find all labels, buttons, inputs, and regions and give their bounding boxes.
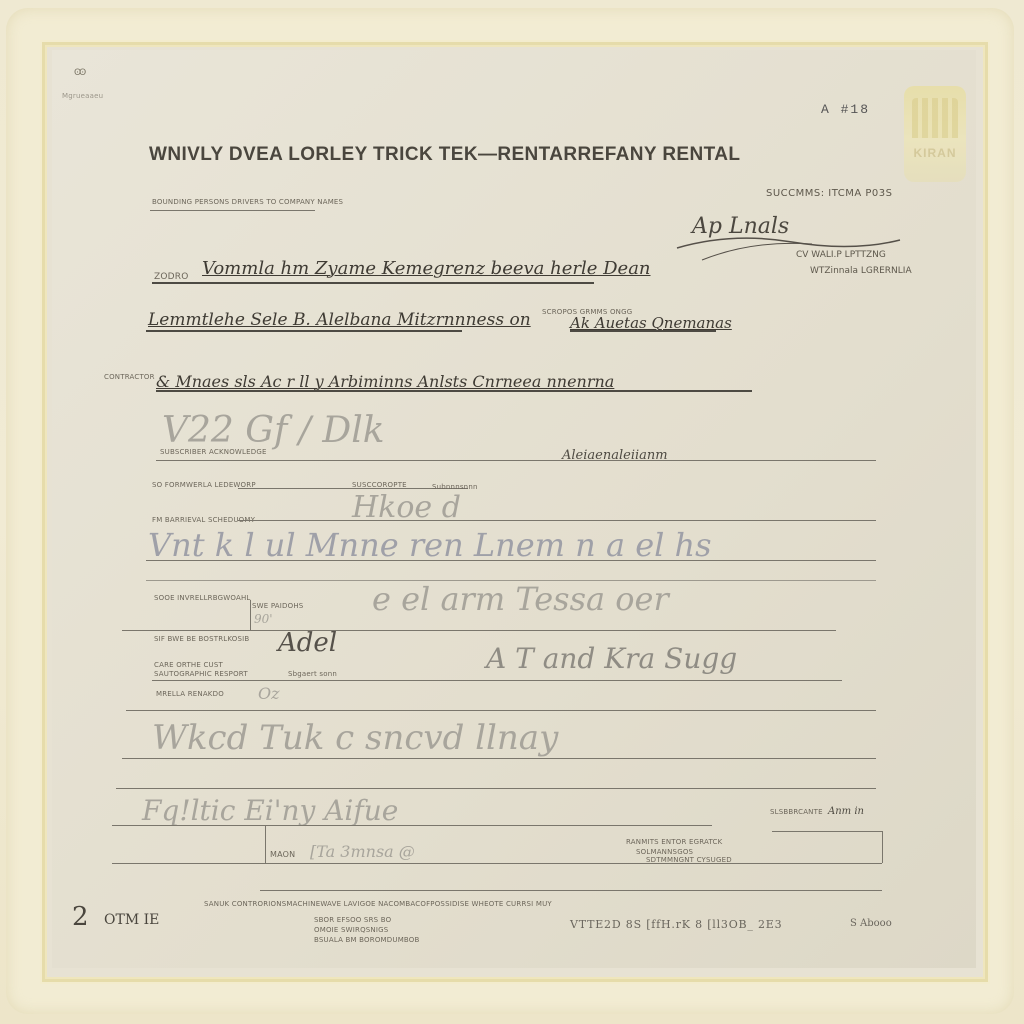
field-divider-maon — [265, 825, 266, 863]
field-value-paid[interactable]: 90' — [254, 612, 273, 626]
document-number: A #18 — [821, 102, 870, 117]
field-value-pencil-line-3[interactable]: A T and Kra Sugg — [486, 642, 737, 675]
field-rule-autograph — [152, 680, 842, 681]
field-rule-name — [152, 282, 594, 284]
page-mark-text: OTM IE — [104, 912, 159, 928]
field-rule-retrieval — [238, 520, 876, 521]
field-rule-paid — [122, 630, 836, 631]
subtitle-rule — [150, 210, 315, 211]
field-value-renakdo[interactable]: Oz — [258, 684, 280, 703]
footer-address-3: BSUALA BM BOROMDUMBOB — [314, 936, 420, 944]
field-value-name[interactable]: Vommla hm Zyame Kemegrenz beeva herle De… — [202, 258, 651, 279]
field-rule-slsbbr — [772, 831, 882, 832]
field-value-pencil-line-4[interactable]: Wkcd Tuk c sncvd llnay — [152, 718, 558, 758]
footer-reference-suffix: S Abooo — [850, 918, 892, 929]
header-line-3: WTZinnala LGRERNLIA — [810, 266, 912, 276]
field-label-solmann: SOLMANNSGOS — [636, 848, 693, 856]
field-value-pencil-line-1[interactable]: Vnt k l ul Mnne ren Lnem n a el hs — [148, 526, 712, 564]
field-value-address[interactable]: Lemmtlehe Sele B. Alelbana Mitzrnnness o… — [148, 310, 531, 330]
seal-text: KIRAN — [908, 146, 962, 160]
field-label-name: ZODRO — [154, 272, 189, 282]
field-label-care: CARE ORTHE CUST — [154, 661, 223, 669]
page-title: WNIVLY DVEA LORLEY TRICK TEK—RENTARREFAN… — [149, 144, 740, 166]
field-value-bostr[interactable]: Adel — [278, 628, 337, 658]
field-rule-subscriber — [156, 460, 876, 461]
field-rule-pencil-line-4 — [122, 758, 876, 759]
field-label-bostr: SIF BWE BE BOSTRLKOSIB — [154, 635, 249, 643]
field-value-maon[interactable]: [Ta 3mnsa @ — [310, 842, 415, 861]
field-rule-bottom-box — [112, 863, 882, 864]
footer-rule — [260, 890, 882, 891]
subtitle-label: BOUNDING PERSONS DRIVERS TO COMPANY NAME… — [152, 198, 343, 206]
seal-emblem — [912, 98, 958, 138]
footer-legal-line: SANUK CONTRORIONSMACHINEWAVE LAVIGOE NAC… — [204, 900, 552, 908]
footer-reference-code: VTTE2D 8S [ffH.rK 8 [ll3OB_ 2E3 — [570, 918, 782, 931]
corner-note: Mgrueaaeu — [62, 92, 103, 100]
field-label-contractor: CONTRACTOR — [104, 373, 155, 381]
header-line-2: CV WALI.P LPTTZNG — [796, 250, 886, 260]
signature-flourish-icon — [672, 220, 902, 270]
field-rule-address — [146, 330, 462, 332]
field-label-slsbbr: SLSBBRCANTE — [770, 808, 823, 816]
pencil-scribble-1: V22 Gf / Dlk — [162, 410, 385, 451]
field-rule-pencil-line-1 — [146, 560, 876, 561]
field-label-invrell: SOOE INVRELLRBGWOAHL — [154, 594, 251, 602]
field-value-autograph[interactable]: Sbgaert sonn — [288, 670, 337, 678]
field-label-autograph: SAUTOGRAPHIC RESPORT — [154, 670, 248, 678]
field-value-pencil-line-5[interactable]: Fq!ltic Ei'ny Aifue — [142, 794, 398, 827]
field-value-slsbbr[interactable]: Anm in — [828, 806, 864, 817]
field-rule-scropos — [570, 330, 716, 332]
field-rule-contractor — [156, 390, 752, 392]
rental-form-paper: Ꙭ Mgrueaaeu A #18 WNIVLY DVEA LORLEY TRI… — [52, 50, 976, 968]
field-divider-paid — [250, 600, 251, 630]
field-value-pencil-line-2[interactable]: e el arm Tessa oer — [372, 580, 669, 618]
field-value-contractor[interactable]: & Mnaes sls Ac r ll y Arbiminns Anlsts C… — [156, 372, 614, 391]
header-code: SUCCMMS: ITCMA P03S — [766, 188, 893, 199]
field-label-renakdo: MRELLA RENAKDO — [156, 690, 224, 698]
field-rule-renakdo — [126, 710, 876, 711]
field-label-maon: MAON — [270, 850, 295, 859]
corner-stamp-icon: Ꙭ — [74, 68, 86, 78]
field-rule-blank-2 — [116, 788, 876, 789]
page-mark-number: 2 — [72, 902, 89, 932]
field-label-ranmits: RANMITS ENTOR EGRATCK — [626, 838, 722, 846]
field-label-subscriber: SUBSCRIBER ACKNOWLEDGE — [160, 448, 267, 456]
footer-address-1: SBOR EFSOO SRS BO — [314, 916, 391, 924]
footer-address-2: OMOIE SWIRQSNIGS — [314, 926, 388, 934]
field-label-paid: SWE PAIDOHS — [252, 602, 303, 610]
field-rule-pencil-line-5 — [112, 825, 712, 826]
field-box-right-edge — [882, 831, 883, 863]
embossed-seal-icon: KIRAN — [904, 86, 966, 182]
field-label-suscc: SUSCCOROPTE — [352, 481, 407, 489]
